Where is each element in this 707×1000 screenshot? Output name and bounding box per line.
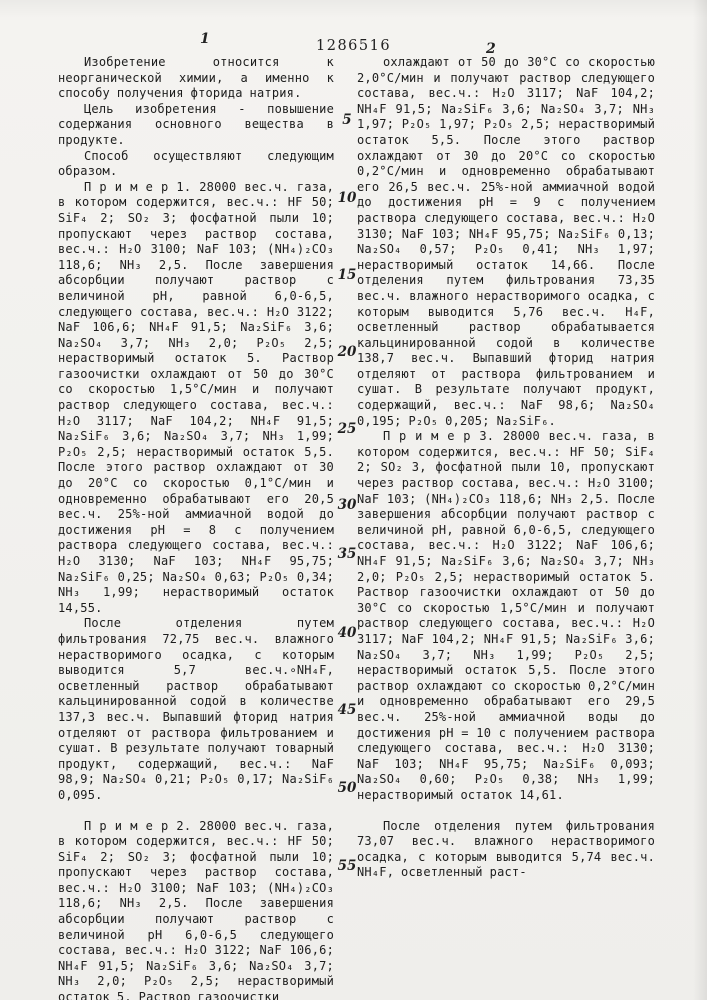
line-number: 10	[335, 190, 359, 206]
line-number: 25	[335, 421, 359, 437]
paragraph: П р и м е р 2. 28000 вес.ч. газа, в кото…	[58, 819, 334, 1000]
line-number: 30	[335, 497, 359, 513]
line-number: 50	[335, 780, 359, 796]
paragraph: Изобретение относится к неорганической х…	[58, 55, 334, 102]
line-number: 35	[335, 546, 359, 562]
line-number: 15	[335, 267, 359, 283]
left-text-column: Изобретение относится к неорганической х…	[58, 55, 334, 1000]
line-number-gutter: 5 10 15 20 25 30 35 40 45 50 55	[335, 0, 359, 1000]
line-number: 40	[335, 625, 359, 641]
line-number: 5	[335, 112, 359, 128]
paragraph: Способ осуществляют следующим образом.	[58, 149, 334, 180]
patent-document-page: 1 1286516 2 5 10 15 20 25 30 35 40 45 50…	[0, 0, 707, 1000]
right-text-column: охлаждают от 50 до 30°С со скоростью 2,0…	[357, 55, 655, 881]
paragraph: П р и м е р 1. 28000 вес.ч. газа, в кото…	[58, 180, 334, 617]
paragraph: Цель изобретения - повышение содержания …	[58, 102, 334, 149]
paragraph: После отделения путем фильтрования 72,75…	[58, 616, 334, 803]
line-number: 55	[335, 858, 359, 874]
line-number: 20	[335, 344, 359, 360]
paragraph: П р и м е р 3. 28000 вес.ч. газа, в кото…	[357, 429, 655, 803]
paragraph: После отделения путем фильтрования 73,07…	[357, 819, 655, 881]
left-column-page-number: 1	[200, 31, 210, 47]
paragraph: охлаждают от 50 до 30°С со скоростью 2,0…	[357, 55, 655, 429]
line-number: 45	[335, 702, 359, 718]
